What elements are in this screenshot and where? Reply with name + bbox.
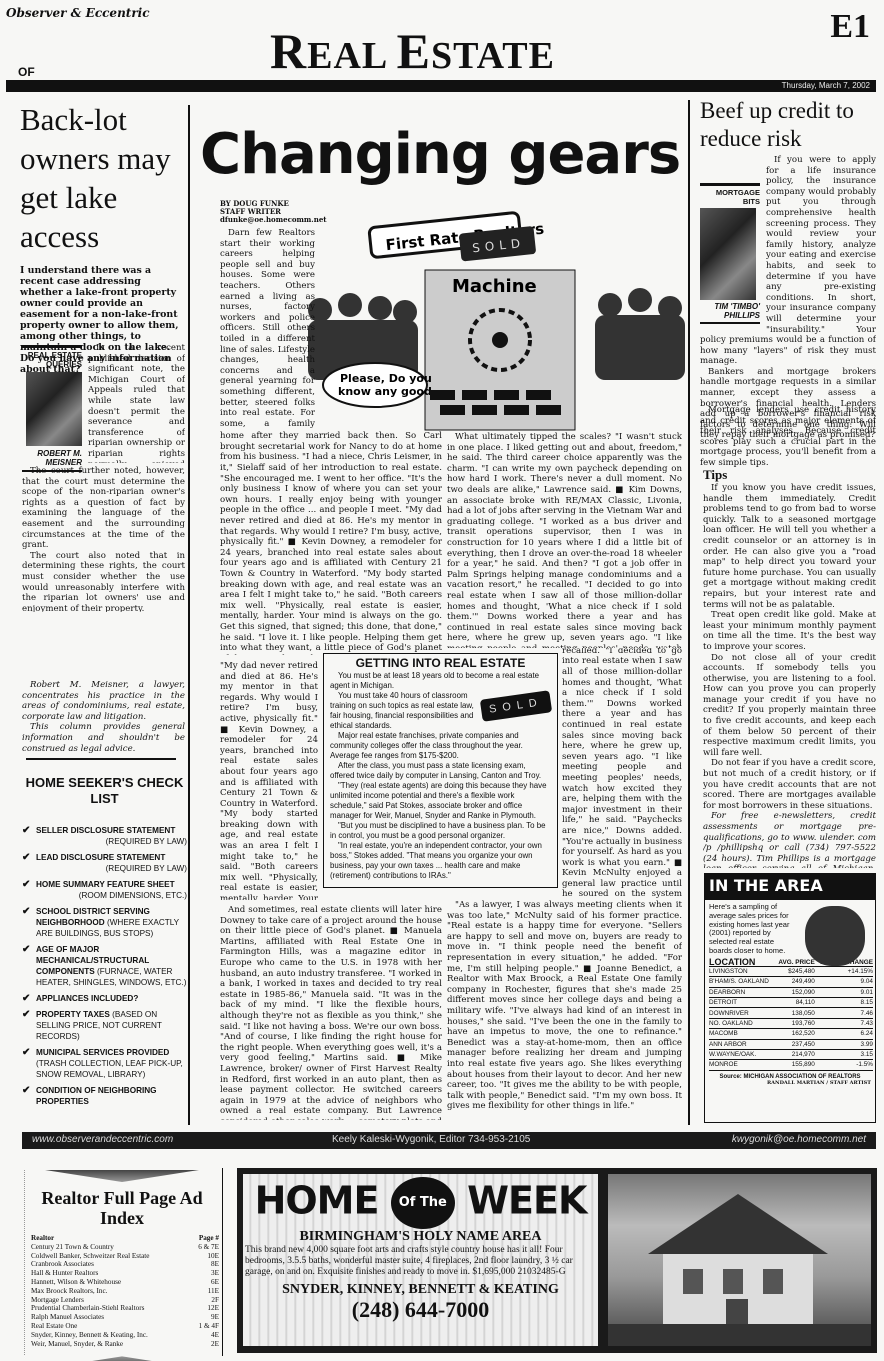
hotw-area: BIRMINGHAM'S HOLY NAME AREA xyxy=(243,1229,598,1245)
paragraph: The court also noted that in determining… xyxy=(22,551,185,612)
paragraph: If you know you have credit issues, hand… xyxy=(703,483,876,610)
ad-index-table: RealtorPage # Century 21 Town & Country6… xyxy=(31,1234,219,1348)
paragraph: Do not close all of your credit accounts… xyxy=(703,653,876,759)
table-row: Hall & Hunter Realtors3E xyxy=(31,1269,219,1278)
left-body-wrap: In a recent published decision of signif… xyxy=(88,343,185,463)
editor-email-link[interactable]: kwygonik@oe.homecomm.net xyxy=(732,1134,866,1145)
cartoon-house-icon xyxy=(805,906,865,966)
svg-text:Please, Do you: Please, Do you xyxy=(340,372,432,385)
getting-into-real-estate-box: GETTING INTO REAL ESTATE You must be at … xyxy=(323,653,558,888)
checkmark-icon: ✔ xyxy=(22,879,30,890)
paragraph: In a recent published decision of signif… xyxy=(88,343,185,463)
checklist-item: ✔HOME SUMMARY FEATURE SHEET(ROOM DIMENSI… xyxy=(22,879,187,901)
ad-index-title: Realtor Full Page Ad Index xyxy=(25,1188,219,1228)
paragraph: And sometimes, real estate clients will … xyxy=(220,905,442,1120)
svg-text:know any good: know any good xyxy=(338,385,432,398)
edition-label: OF xyxy=(18,65,35,79)
checklist-item: ✔APPLIANCES INCLUDED? xyxy=(22,993,187,1004)
in-the-area-title: IN THE AREA xyxy=(705,874,875,900)
author-bio: Robert M. Meisner, a lawyer, concentrate… xyxy=(22,680,185,754)
paragraph: Mortgage lenders use credit history and … xyxy=(700,405,876,469)
bio-text: Robert M. Meisner, a lawyer, concentrate… xyxy=(22,680,185,722)
paragraph: Darn few Realtors start their working ca… xyxy=(220,660,318,900)
checklist-item: ✔LEAD DISCLOSURE STATEMENT(REQUIRED BY L… xyxy=(22,852,187,874)
art-credit: RANDALL MARTIAN / STAFF ARTIST xyxy=(705,1080,875,1086)
paragraph: Do not fear if you have a credit score, … xyxy=(703,758,876,811)
home-seeker-checklist: HOME SEEKER'S CHECK LIST ✔SELLER DISCLOS… xyxy=(22,775,187,1112)
tips-body: If you know you have credit issues, hand… xyxy=(703,483,876,868)
divider xyxy=(26,758,176,760)
table-row: Snyder, Kinney, Bennett & Keating, Inc.4… xyxy=(31,1331,219,1340)
table-row: Prudential Chamberlain-Stiehl Realtors12… xyxy=(31,1304,219,1313)
table-row: Hannett, Wilson & Whitehouse6E xyxy=(31,1278,219,1287)
sidebar-title: GETTING INTO REAL ESTATE xyxy=(330,658,551,668)
editor-contact: Keely Kaleski-Wygonik, Editor 734-953-21… xyxy=(332,1134,530,1145)
column-rule xyxy=(222,1168,223,1356)
house-photo xyxy=(608,1174,871,1346)
story-col-1-narrow: Darn few Realtors start their working ca… xyxy=(220,660,318,900)
story-col-2b: "As a lawyer, I was always meeting clien… xyxy=(447,900,682,1120)
paragraph: You must be at least 18 years old to bec… xyxy=(330,671,551,691)
left-headline: Back-lot owners may get lake access xyxy=(20,100,185,256)
paragraph: The court further noted, however, that t… xyxy=(22,466,185,551)
checklist-item: ✔AGE OF MAJOR MECHANICAL/STRUCTURAL COMP… xyxy=(22,944,187,988)
story-col-1-cont: Darn few Realtors start their working ca… xyxy=(220,430,442,655)
paragraph: Darn few Realtors start their working ca… xyxy=(220,430,442,655)
checkmark-icon: ✔ xyxy=(22,1009,30,1020)
checkmark-icon: ✔ xyxy=(22,1085,30,1096)
author-name: ROBERT M. MEISNER xyxy=(22,449,82,467)
prices-table: LOCATIONAVG. PRICE1-YEAR CHANGE LIVINGST… xyxy=(709,959,873,1071)
paragraph: What ultimately tipped the scales? "I wa… xyxy=(447,432,682,648)
table-row: Max Broock Realtors, Inc.11E xyxy=(31,1287,219,1296)
table-row: Cranbrook Associates8E xyxy=(31,1260,219,1269)
table-source: Source: MICHIGAN ASSOCIATION OF REALTORS xyxy=(705,1074,875,1080)
table-row: W.WAYNE/OAK.214,9703.15 xyxy=(709,1049,873,1059)
table-row: ANN ARBOR237,4503.99 xyxy=(709,1039,873,1049)
in-the-area-intro: Here's a sampling of average sales price… xyxy=(705,900,795,959)
paragraph: For free e-newsletters, credit assessmen… xyxy=(703,811,876,868)
paragraph: Darn few Realtors start their working ca… xyxy=(220,228,315,428)
column-label: MORTGAGE BITS xyxy=(700,188,760,206)
checklist-item: ✔SCHOOL DISTRICT SERVING NEIGHBORHOOD (W… xyxy=(22,906,187,939)
section-title: REAL ESTATE xyxy=(270,22,555,80)
date-bar: Thursday, March 7, 2002 xyxy=(6,80,876,92)
table-row: MACOMB162,5206.24 xyxy=(709,1029,873,1039)
home-of-the-week-text: HOME Of The WEEK BIRMINGHAM'S HOLY NAME … xyxy=(243,1174,598,1346)
paragraph: Major real estate franchises, private co… xyxy=(330,731,551,761)
hotw-description: This brand new 4,000 square foot arts an… xyxy=(243,1245,598,1278)
table-row: Mortgage Lenders2F xyxy=(31,1296,219,1305)
author-photo xyxy=(700,208,756,300)
realtor-ad-index: Realtor Full Page Ad Index RealtorPage #… xyxy=(24,1170,219,1355)
hotw-phone: (248) 644-7000 xyxy=(243,1298,598,1322)
paper-nameplate: Observer & Eccentric xyxy=(6,6,150,20)
checkmark-icon: ✔ xyxy=(22,993,30,1004)
checklist-item: ✔SELLER DISCLOSURE STATEMENT(REQUIRED BY… xyxy=(22,825,187,847)
section-footer-bar: www.observerandeccentric.com Keely Kales… xyxy=(22,1132,876,1149)
paragraph: After the class, you must pass a state l… xyxy=(330,761,551,781)
table-row: Century 21 Town & Country6 & 7E xyxy=(31,1243,219,1252)
home-of-the-week-ad: HOME Of The WEEK BIRMINGHAM'S HOLY NAME … xyxy=(237,1168,877,1353)
right-headline: Beef up credit to reduce risk xyxy=(700,97,880,153)
of-the-oval: Of The xyxy=(391,1177,455,1229)
column-sig: MORTGAGE BITS TIM 'TIMBO' PHILLIPS xyxy=(700,183,760,324)
checklist-item: ✔CONDITION OF NEIGHBORING PROPERTIES xyxy=(22,1085,187,1107)
checklist-item: ✔PROPERTY TAXES (BASED ON SELLING PRICE,… xyxy=(22,1009,187,1042)
checkmark-icon: ✔ xyxy=(22,1047,30,1058)
column-label: REAL ESTATE QUERIES xyxy=(22,351,82,369)
table-row: DOWNRIVER138,0507.46 xyxy=(709,1008,873,1018)
paragraph: "In real estate, you're an independent c… xyxy=(330,841,551,881)
decorative-chevron xyxy=(45,1356,199,1361)
svg-text:Machine: Machine xyxy=(452,276,537,297)
author-name: TIM 'TIMBO' PHILLIPS xyxy=(700,302,760,320)
paragraph: Treat open credit like gold. Make at lea… xyxy=(703,610,876,652)
story-col-2: What ultimately tipped the scales? "I wa… xyxy=(447,432,682,648)
checklist-item: ✔MUNICIPAL SERVICES PROVIDED (TRASH COLL… xyxy=(22,1047,187,1080)
table-row: LIVINGSTON$245,480+14.15% xyxy=(709,966,873,976)
column-rule xyxy=(188,105,190,1125)
disclaimer-text: This column provides general information… xyxy=(22,722,185,754)
paragraph: "But you must be disciplined to have a b… xyxy=(330,821,551,841)
checklist-title: HOME SEEKER'S CHECK LIST xyxy=(22,775,187,807)
checkmark-icon: ✔ xyxy=(22,944,30,955)
table-row: MONROE155,890-1.5% xyxy=(709,1060,873,1070)
page-number: E1 xyxy=(830,8,870,46)
table-row: Ralph Manuel Associates9E xyxy=(31,1313,219,1322)
table-row: DETROIT84,1108.15 xyxy=(709,997,873,1007)
right-body: Mortgage lenders use credit history and … xyxy=(700,405,876,470)
tips-heading: Tips xyxy=(703,467,727,483)
paragraph: What ultimately tipped the scales? "I wa… xyxy=(562,648,682,898)
table-row: NO. OAKLAND193,7607.43 xyxy=(709,1018,873,1028)
checkmark-icon: ✔ xyxy=(22,852,30,863)
issue-date: Thursday, March 7, 2002 xyxy=(782,80,870,92)
column-sig: REAL ESTATE QUERIES ROBERT M. MEISNER xyxy=(22,345,82,472)
story-col-1: Darn few Realtors start their working ca… xyxy=(220,228,315,428)
table-row: Real Estate One1 & 4F xyxy=(31,1322,219,1331)
checkmark-icon: ✔ xyxy=(22,825,30,836)
realtor-machine-illustration: First Rate Realtors SOLD Machine Please,… xyxy=(300,200,690,440)
checkmark-icon: ✔ xyxy=(22,906,30,917)
paragraph: "As a lawyer, I was always meeting clien… xyxy=(447,900,682,1112)
left-body: The court further noted, however, that t… xyxy=(22,466,185,612)
table-row: Weir, Manuel, Snyder, & Ranke2E xyxy=(31,1340,219,1349)
website-link[interactable]: www.observerandeccentric.com xyxy=(32,1134,173,1145)
author-photo xyxy=(26,372,82,446)
table-row: Coldwell Banker, Schweitzer Real Estate1… xyxy=(31,1252,219,1261)
paragraph: "They (real estate agents) are doing thi… xyxy=(330,781,551,821)
hotw-agent: SNYDER, KINNEY, BENNETT & KEATING xyxy=(243,1282,598,1298)
in-the-area-table-box: IN THE AREA Here's a sampling of average… xyxy=(704,873,876,1123)
main-headline: Changing gears xyxy=(200,125,680,185)
table-row: DEARBORN152,0909.01 xyxy=(709,987,873,997)
table-row: B'HAM/S. OAKLAND249,4909.04 xyxy=(709,977,873,987)
decorative-chevron xyxy=(45,1170,199,1182)
story-col-2-narrow: What ultimately tipped the scales? "I wa… xyxy=(562,648,682,898)
story-col-1b: And sometimes, real estate clients will … xyxy=(220,905,442,1120)
hotw-title: HOME Of The WEEK xyxy=(243,1177,598,1229)
